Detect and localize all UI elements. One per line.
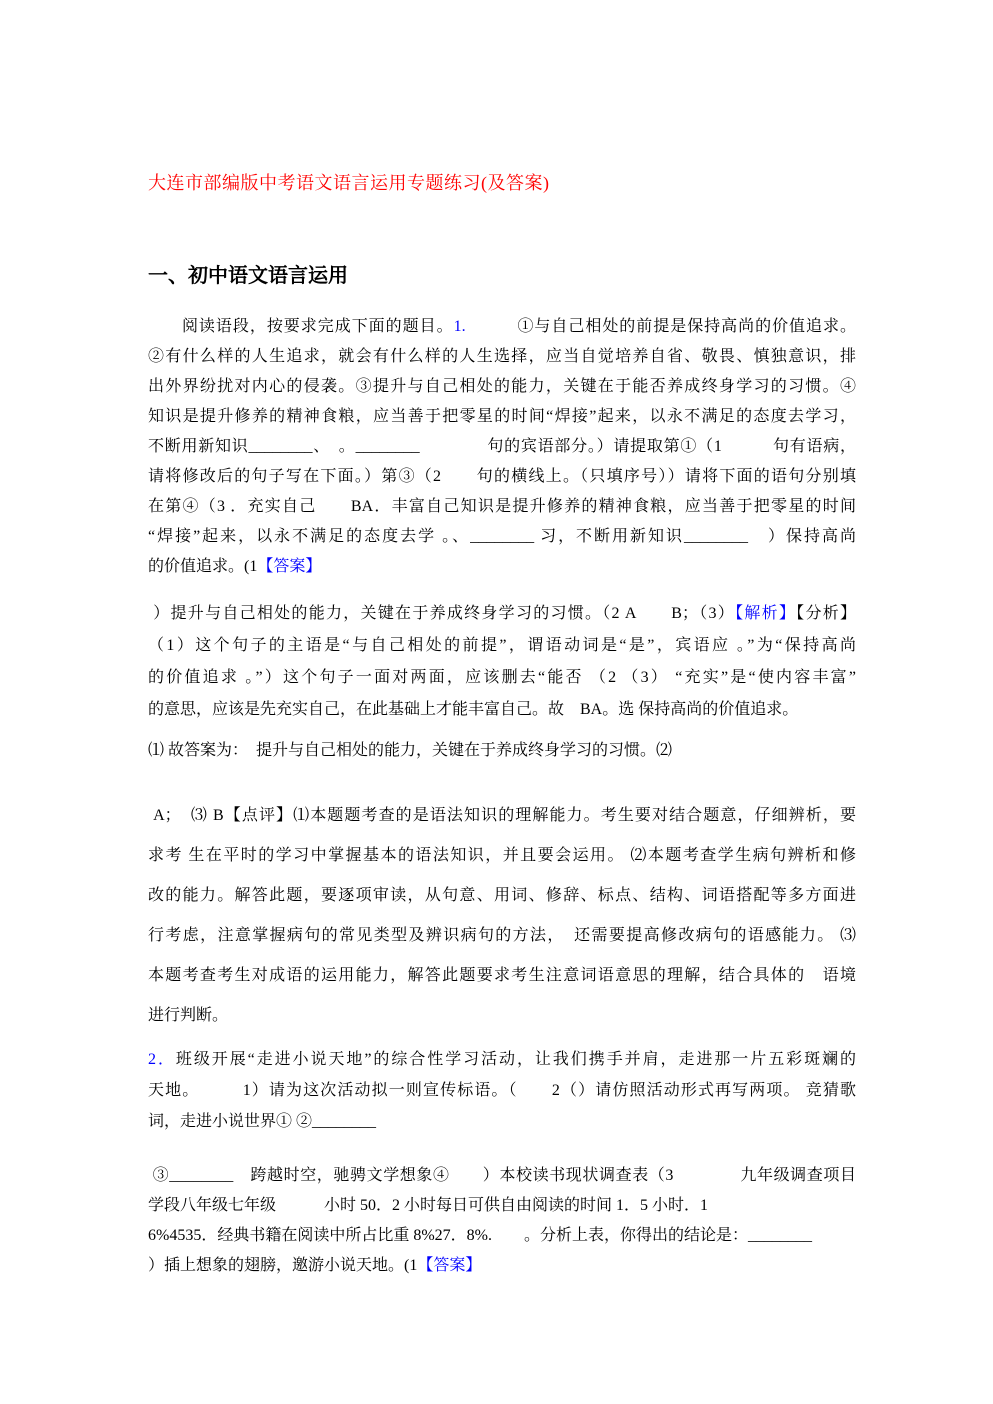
text-line: 请将修改后的句子写在下面。）第③（2 句的横线上。（只填序号））请将下面的语句分… bbox=[148, 462, 856, 492]
document-body: 阅读语段，按要求完成下面的题目。1. ①与自己相处的前提是保持高尚的价值追求。②… bbox=[148, 312, 856, 1281]
text-segment: 天地。 1）请为这次活动拟一则宣传标语。（ 2（）请仿照活动形式再写两项。 竞猜… bbox=[148, 1082, 856, 1099]
text-segment: ①与自己相处的前提是保持高尚的价值追求。 bbox=[466, 318, 856, 335]
text-segment: 的价值追求。(1 bbox=[148, 558, 257, 575]
text-line: （1）这个句子的主语是“与自己相处的前提”，谓语动词是“是”，宾语应 。”为“保… bbox=[148, 630, 856, 662]
text-segment: 改的能力。解答此题，要逐项审读，从句意、用词、修辞、标点、结构、词语搭配等多方面… bbox=[148, 887, 856, 904]
question-2-survey: ③________ 跨越时空，驰骋文学想象④ ）本校读书现状调查表（3 九年级调… bbox=[148, 1161, 856, 1281]
text-segment: 班级开展“走进小说天地”的综合性学习活动，让我们携手并肩，走进那一片五彩斑斓的 bbox=[176, 1051, 856, 1068]
text-line: 天地。 1）请为这次活动拟一则宣传标语。（ 2（）请仿照活动形式再写两项。 竞猜… bbox=[148, 1075, 856, 1106]
text-segment: 阅读语段，按要求完成下面的题目。 bbox=[148, 318, 454, 335]
highlighted-marker: 1. bbox=[454, 318, 466, 335]
text-line: ）提升与自己相处的能力，关键在于养成终身学习的习惯。（2 A B；（3）【解析】… bbox=[148, 598, 856, 630]
passage-and-question-1: 阅读语段，按要求完成下面的题目。1. ①与自己相处的前提是保持高尚的价值追求。②… bbox=[148, 312, 856, 582]
text-line: 知识是提升修养的精神食粮，应当善于把零星的时间“焊接”起来，以永不满足的态度去学… bbox=[148, 402, 856, 432]
text-segment: ②有什么样的人生追求，就会有什么样的人生选择，应当自觉培养自省、敬畏、慎独意识，… bbox=[148, 348, 856, 365]
text-segment: 求考 生在平时的学习中掌握基本的语法知识，并且要会运用。 ⑵本题考查学生病句辨析… bbox=[148, 847, 856, 864]
highlighted-marker: 【答案】 bbox=[257, 558, 321, 575]
text-segment: ）提升与自己相处的能力，关键在于养成终身学习的习惯。（2 A B；（3） bbox=[148, 605, 735, 622]
question-2: 2．班级开展“走进小说天地”的综合性学习活动，让我们携手并肩，走进那一片五彩斑斓… bbox=[148, 1044, 856, 1137]
text-segment: 出外界纷扰对内心的侵袭。③提升与自己相处的能力，关键在于能否养成终身学习的习惯。… bbox=[148, 378, 856, 395]
text-segment: 词，走进小说世界① ②________ bbox=[148, 1113, 376, 1130]
text-segment: 进行判断。 bbox=[148, 1007, 228, 1024]
text-segment: 【分析】 bbox=[796, 605, 856, 622]
text-segment: 本题考查考生对成语的运用能力，解答此题要求考生注意词语意思的理解，结合具体的 语… bbox=[148, 967, 856, 984]
text-segment: 的意思，应该是先充实自己，在此基础上才能丰富自己。故 BA。选 保持高尚的价值追… bbox=[148, 701, 798, 718]
text-line: 改的能力。解答此题，要逐项审读，从句意、用词、修辞、标点、结构、词语搭配等多方面… bbox=[148, 876, 856, 916]
text-segment: A； ⑶ B【点评】⑴本题题考查的是语法知识的理解能力。考生要对结合题意，仔细辨… bbox=[148, 807, 856, 824]
text-line: 在第④（3 ．充实自己 BA．丰富自己知识是提升修养的精神食粮，应当善于把零星的… bbox=[148, 492, 856, 522]
text-segment: 知识是提升修养的精神食粮，应当善于把零星的时间“焊接”起来，以永不满足的态度去学… bbox=[148, 408, 856, 425]
text-segment: 不断用新知识________、 。________ 句的宾语部分。）请提取第①（… bbox=[148, 438, 856, 455]
text-segment: 学段八年级七年级 小时 50．2 小时每日可供自由阅读的时间 1．5 小时．1 bbox=[148, 1197, 708, 1214]
text-segment: “焊接”起来，以永不满足的态度去学 。、________ 习，不断用新知识___… bbox=[148, 528, 856, 545]
text-line: ②有什么样的人生追求，就会有什么样的人生选择，应当自觉培养自省、敬畏、慎独意识，… bbox=[148, 342, 856, 372]
text-segment: （1）这个句子的主语是“与自己相处的前提”，谓语动词是“是”，宾语应 。”为“保… bbox=[148, 637, 856, 654]
text-line: “焊接”起来，以永不满足的态度去学 。、________ 习，不断用新知识___… bbox=[148, 522, 856, 552]
text-line: 6%4535．经典书籍在阅读中所占比重 8%27．8%. 。分析上表，你得出的结… bbox=[148, 1221, 856, 1251]
highlighted-marker: 2． bbox=[148, 1051, 176, 1068]
text-line: 行考虑，注意掌握病句的常见类型及辨识病句的方法， 还需要提高修改病句的语感能力。… bbox=[148, 916, 856, 956]
text-line: 学段八年级七年级 小时 50．2 小时每日可供自由阅读的时间 1．5 小时．1 bbox=[148, 1191, 856, 1221]
text-segment: 在第④（3 ．充实自己 BA．丰富自己知识是提升修养的精神食粮，应当善于把零星的… bbox=[148, 498, 856, 515]
text-segment: ）插上想象的翅膀，邀游小说天地。(1 bbox=[148, 1257, 417, 1274]
text-segment: ③________ 跨越时空，驰骋文学想象④ ）本校读书现状调查表（3 九年级调… bbox=[148, 1167, 856, 1184]
text-line: 2．班级开展“走进小说天地”的综合性学习活动，让我们携手并肩，走进那一片五彩斑斓… bbox=[148, 1044, 856, 1075]
text-line: 的价值追求。(1【答案】 bbox=[148, 552, 856, 582]
text-line: A； ⑶ B【点评】⑴本题题考查的是语法知识的理解能力。考生要对结合题意，仔细辨… bbox=[148, 796, 856, 836]
highlighted-marker: 【答案】 bbox=[417, 1257, 481, 1274]
text-line: 本题考查考生对成语的运用能力，解答此题要求考生注意词语意思的理解，结合具体的 语… bbox=[148, 956, 856, 996]
document-content: 大连市部编版中考语文语言运用专题练习(及答案) 一、初中语文语言运用 阅读语段，… bbox=[148, 0, 856, 1281]
section-heading: 一、初中语文语言运用 bbox=[148, 262, 856, 290]
text-line: 不断用新知识________、 。________ 句的宾语部分。）请提取第①（… bbox=[148, 432, 856, 462]
text-line: 求考 生在平时的学习中掌握基本的语法知识，并且要会运用。 ⑵本题考查学生病句辨析… bbox=[148, 836, 856, 876]
highlighted-marker: 【解析】 bbox=[735, 605, 796, 622]
text-line: ③________ 跨越时空，驰骋文学想象④ ）本校读书现状调查表（3 九年级调… bbox=[148, 1161, 856, 1191]
text-line: 阅读语段，按要求完成下面的题目。1. ①与自己相处的前提是保持高尚的价值追求。 bbox=[148, 312, 856, 342]
document-title: 大连市部编版中考语文语言运用专题练习(及答案) bbox=[148, 170, 856, 196]
answer-analysis-1: ）提升与自己相处的能力，关键在于养成终身学习的习惯。（2 A B；（3）【解析】… bbox=[148, 598, 856, 726]
text-segment: 6%4535．经典书籍在阅读中所占比重 8%27．8%. 。分析上表，你得出的结… bbox=[148, 1227, 812, 1244]
text-line: 进行判断。 bbox=[148, 996, 856, 1036]
answer-summary-1: ⑴ 故答案为： 提升与自己相处的能力，关键在于养成终身学习的习惯。⑵ bbox=[148, 736, 856, 766]
text-line: ）插上想象的翅膀，邀游小说天地。(1【答案】 bbox=[148, 1251, 856, 1281]
text-line: 词，走进小说世界① ②________ bbox=[148, 1106, 856, 1137]
comment-1: A； ⑶ B【点评】⑴本题题考查的是语法知识的理解能力。考生要对结合题意，仔细辨… bbox=[148, 796, 856, 1036]
text-line: 的意思，应该是先充实自己，在此基础上才能丰富自己。故 BA。选 保持高尚的价值追… bbox=[148, 694, 856, 726]
text-line: 出外界纷扰对内心的侵袭。③提升与自己相处的能力，关键在于能否养成终身学习的习惯。… bbox=[148, 372, 856, 402]
text-line: ⑴ 故答案为： 提升与自己相处的能力，关键在于养成终身学习的习惯。⑵ bbox=[148, 736, 856, 766]
document-page: 大连市部编版中考语文语言运用专题练习(及答案) 一、初中语文语言运用 阅读语段，… bbox=[0, 0, 993, 1404]
text-segment: ⑴ 故答案为： 提升与自己相处的能力，关键在于养成终身学习的习惯。⑵ bbox=[148, 742, 672, 759]
text-segment: 的价值追求 。”）这个句子一面对两面，应该删去“能否 （2 （3） “充实”是“… bbox=[148, 669, 856, 686]
text-segment: 行考虑，注意掌握病句的常见类型及辨识病句的方法， 还需要提高修改病句的语感能力。… bbox=[148, 927, 856, 944]
text-line: 的价值追求 。”）这个句子一面对两面，应该删去“能否 （2 （3） “充实”是“… bbox=[148, 662, 856, 694]
text-segment: 请将修改后的句子写在下面。）第③（2 句的横线上。（只填序号））请将下面的语句分… bbox=[148, 468, 856, 485]
